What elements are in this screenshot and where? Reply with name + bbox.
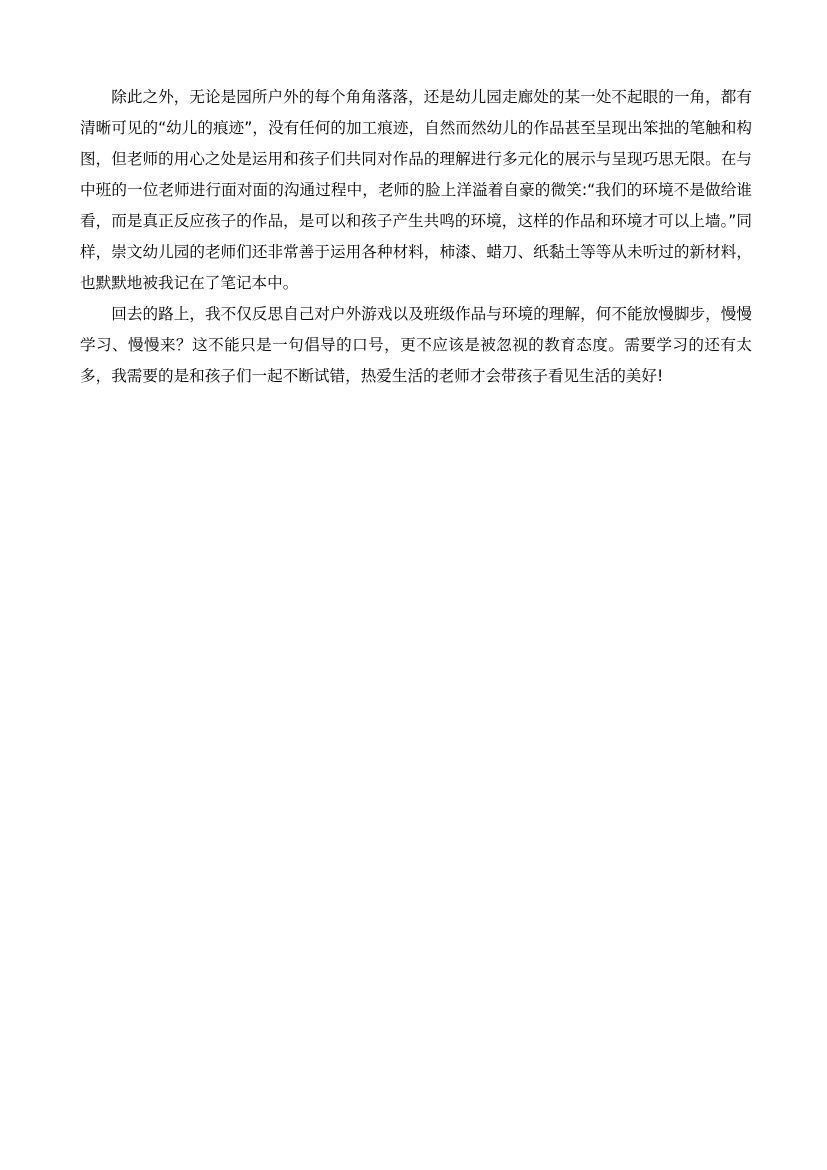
paragraph-2: 回去的路上，我不仅反思自己对户外游戏以及班级作品与环境的理解，何不能放慢脚步，慢… (80, 299, 752, 392)
document-page: 除此之外，无论是园所户外的每个角角落落，还是幼儿园走廊处的某一处不起眼的一角，都… (80, 82, 752, 392)
paragraph-1: 除此之外，无论是园所户外的每个角角落落，还是幼儿园走廊处的某一处不起眼的一角，都… (80, 82, 752, 299)
